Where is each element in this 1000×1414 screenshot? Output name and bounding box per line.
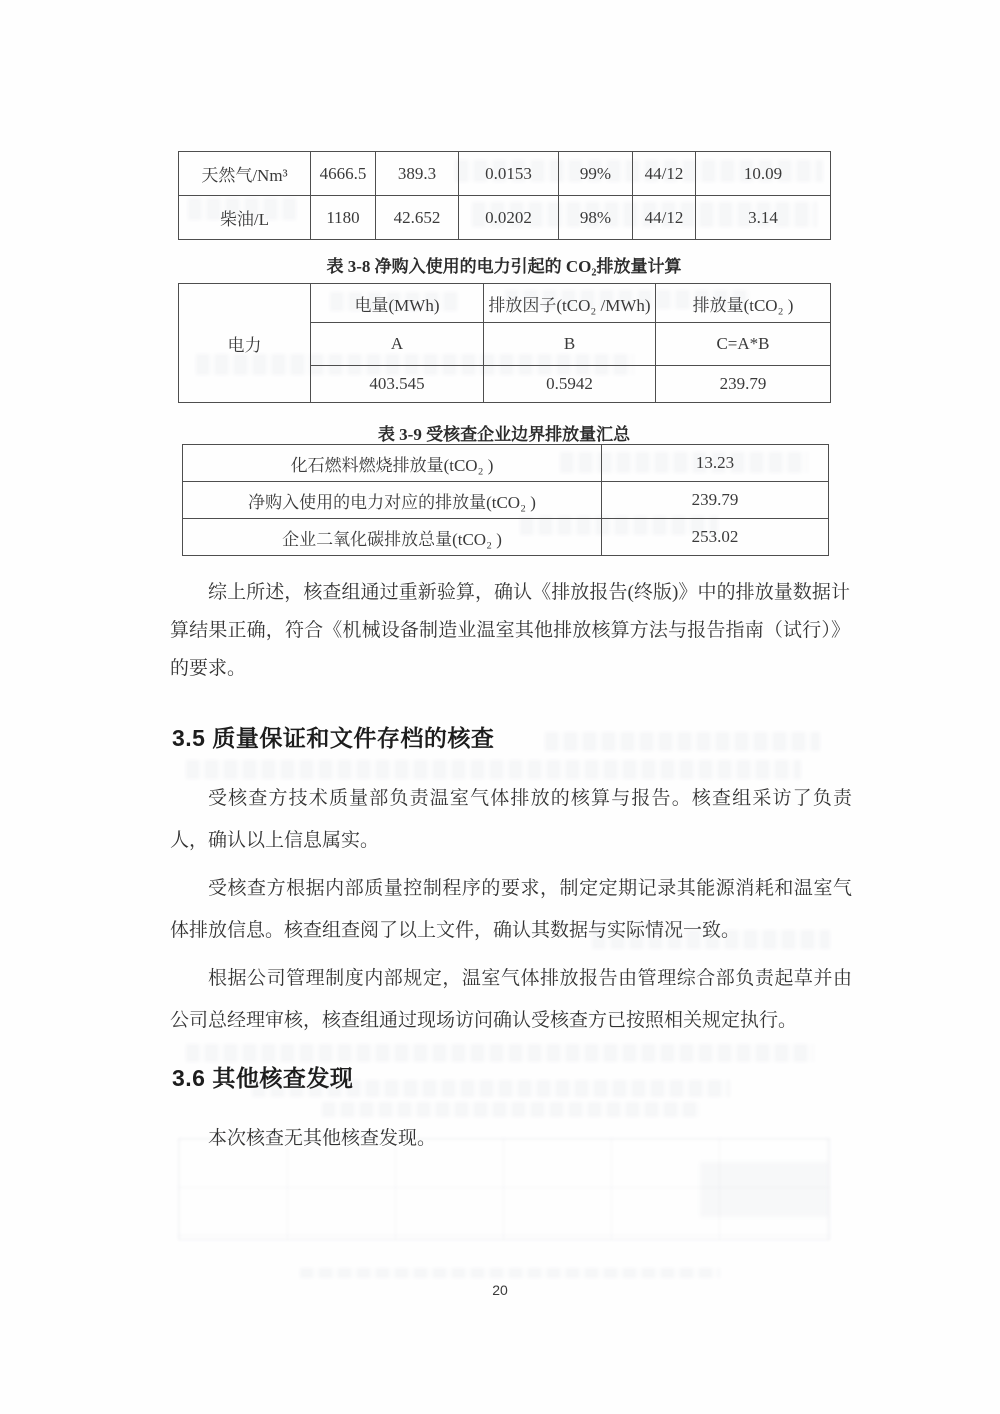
fuel-value-cell: 44/12 <box>633 152 696 196</box>
bleed-through-mark <box>186 760 801 779</box>
section-3-5-paragraph: 受核查方根据内部质量控制程序的要求，制定定期记录其能源消耗和温室气体排放信息。核… <box>170 868 852 952</box>
fuel-emissions-table: 天然气/Nm³ 4666.5 389.3 0.0153 99% 44/12 10… <box>178 151 831 240</box>
electricity-row-header-cell: 电力 <box>179 284 311 403</box>
table-row: 电力 电量(MWh) 排放因子(tCO₂ /MWh) 排放量(tCO₂ ) <box>179 284 831 323</box>
column-header-cell: 排放量(tCO₂ ) <box>656 284 831 323</box>
fuel-value-cell: 389.3 <box>376 152 459 196</box>
document-page: 天然气/Nm³ 4666.5 389.3 0.0153 99% 44/12 10… <box>0 0 1000 1414</box>
section-3-5-paragraph: 受核查方技术质量部负责温室气体排放的核算与报告。核查组采访了负责人，确认以上信息… <box>170 778 852 862</box>
bleed-through-mark <box>545 732 820 751</box>
page-number: 20 <box>0 1282 1000 1298</box>
fuel-value-cell: 44/12 <box>633 196 696 240</box>
table-row: 化石燃料燃烧排放量(tCO₂ ) 13.23 <box>183 445 829 482</box>
summary-label-cell: 企业二氧化碳排放总量(tCO₂ ) <box>183 519 602 556</box>
table-3-9-caption: 表 3-9 受核查企业边界排放量汇总 <box>180 420 828 445</box>
table-row: 柴油/L 1180 42.652 0.0202 98% 44/12 3.14 <box>179 196 831 240</box>
summary-value-cell: 239.79 <box>602 482 829 519</box>
conclusion-paragraph: 综上所述，核查组通过重新验算，确认《排放报告(终版)》中的排放量数据计算结果正确… <box>170 574 850 688</box>
value-cell: 239.79 <box>656 366 831 403</box>
table-3-8-caption: 表 3-8 净购入使用的电力引起的 CO₂排放量计算 <box>178 252 830 277</box>
summary-value-cell: 253.02 <box>602 519 829 556</box>
value-cell: 403.545 <box>311 366 484 403</box>
formula-cell: A <box>311 323 484 366</box>
fuel-name-cell: 天然气/Nm³ <box>179 152 311 196</box>
fuel-value-cell: 99% <box>559 152 633 196</box>
fuel-name-cell: 柴油/L <box>179 196 311 240</box>
fuel-value-cell: 98% <box>559 196 633 240</box>
summary-label-cell: 化石燃料燃烧排放量(tCO₂ ) <box>183 445 602 482</box>
value-cell: 0.5942 <box>484 366 656 403</box>
emissions-summary-table: 化石燃料燃烧排放量(tCO₂ ) 13.23 净购入使用的电力对应的排放量(tC… <box>182 444 829 556</box>
bleed-through-mark <box>322 1102 700 1117</box>
fuel-value-cell: 0.0153 <box>459 152 559 196</box>
table-row: 天然气/Nm³ 4666.5 389.3 0.0153 99% 44/12 10… <box>179 152 831 196</box>
column-header-cell: 排放因子(tCO₂ /MWh) <box>484 284 656 323</box>
table-row: 企业二氧化碳排放总量(tCO₂ ) 253.02 <box>183 519 829 556</box>
electricity-emissions-table: 电力 电量(MWh) 排放因子(tCO₂ /MWh) 排放量(tCO₂ ) A … <box>178 283 831 403</box>
fuel-value-cell: 3.14 <box>696 196 831 240</box>
section-3-5-paragraph: 根据公司管理制度内部规定，温室气体排放报告由管理综合部负责起草并由公司总经理审核… <box>170 958 852 1042</box>
table-row: 净购入使用的电力对应的排放量(tCO₂ ) 239.79 <box>183 482 829 519</box>
section-3-6-paragraph: 本次核查无其他核查发现。 <box>170 1118 852 1160</box>
summary-label-cell: 净购入使用的电力对应的排放量(tCO₂ ) <box>183 482 602 519</box>
fuel-value-cell: 0.0202 <box>459 196 559 240</box>
section-3-6-heading: 3.6 其他核查发现 <box>172 1060 353 1093</box>
fuel-value-cell: 4666.5 <box>311 152 376 196</box>
formula-cell: C=A*B <box>656 323 831 366</box>
bleed-through-mark <box>300 1268 720 1278</box>
formula-cell: B <box>484 323 656 366</box>
fuel-value-cell: 10.09 <box>696 152 831 196</box>
column-header-cell: 电量(MWh) <box>311 284 484 323</box>
fuel-value-cell: 1180 <box>311 196 376 240</box>
section-3-5-heading: 3.5 质量保证和文件存档的核查 <box>172 720 494 753</box>
fuel-value-cell: 42.652 <box>376 196 459 240</box>
summary-value-cell: 13.23 <box>602 445 829 482</box>
bleed-through-mark <box>700 1162 828 1217</box>
